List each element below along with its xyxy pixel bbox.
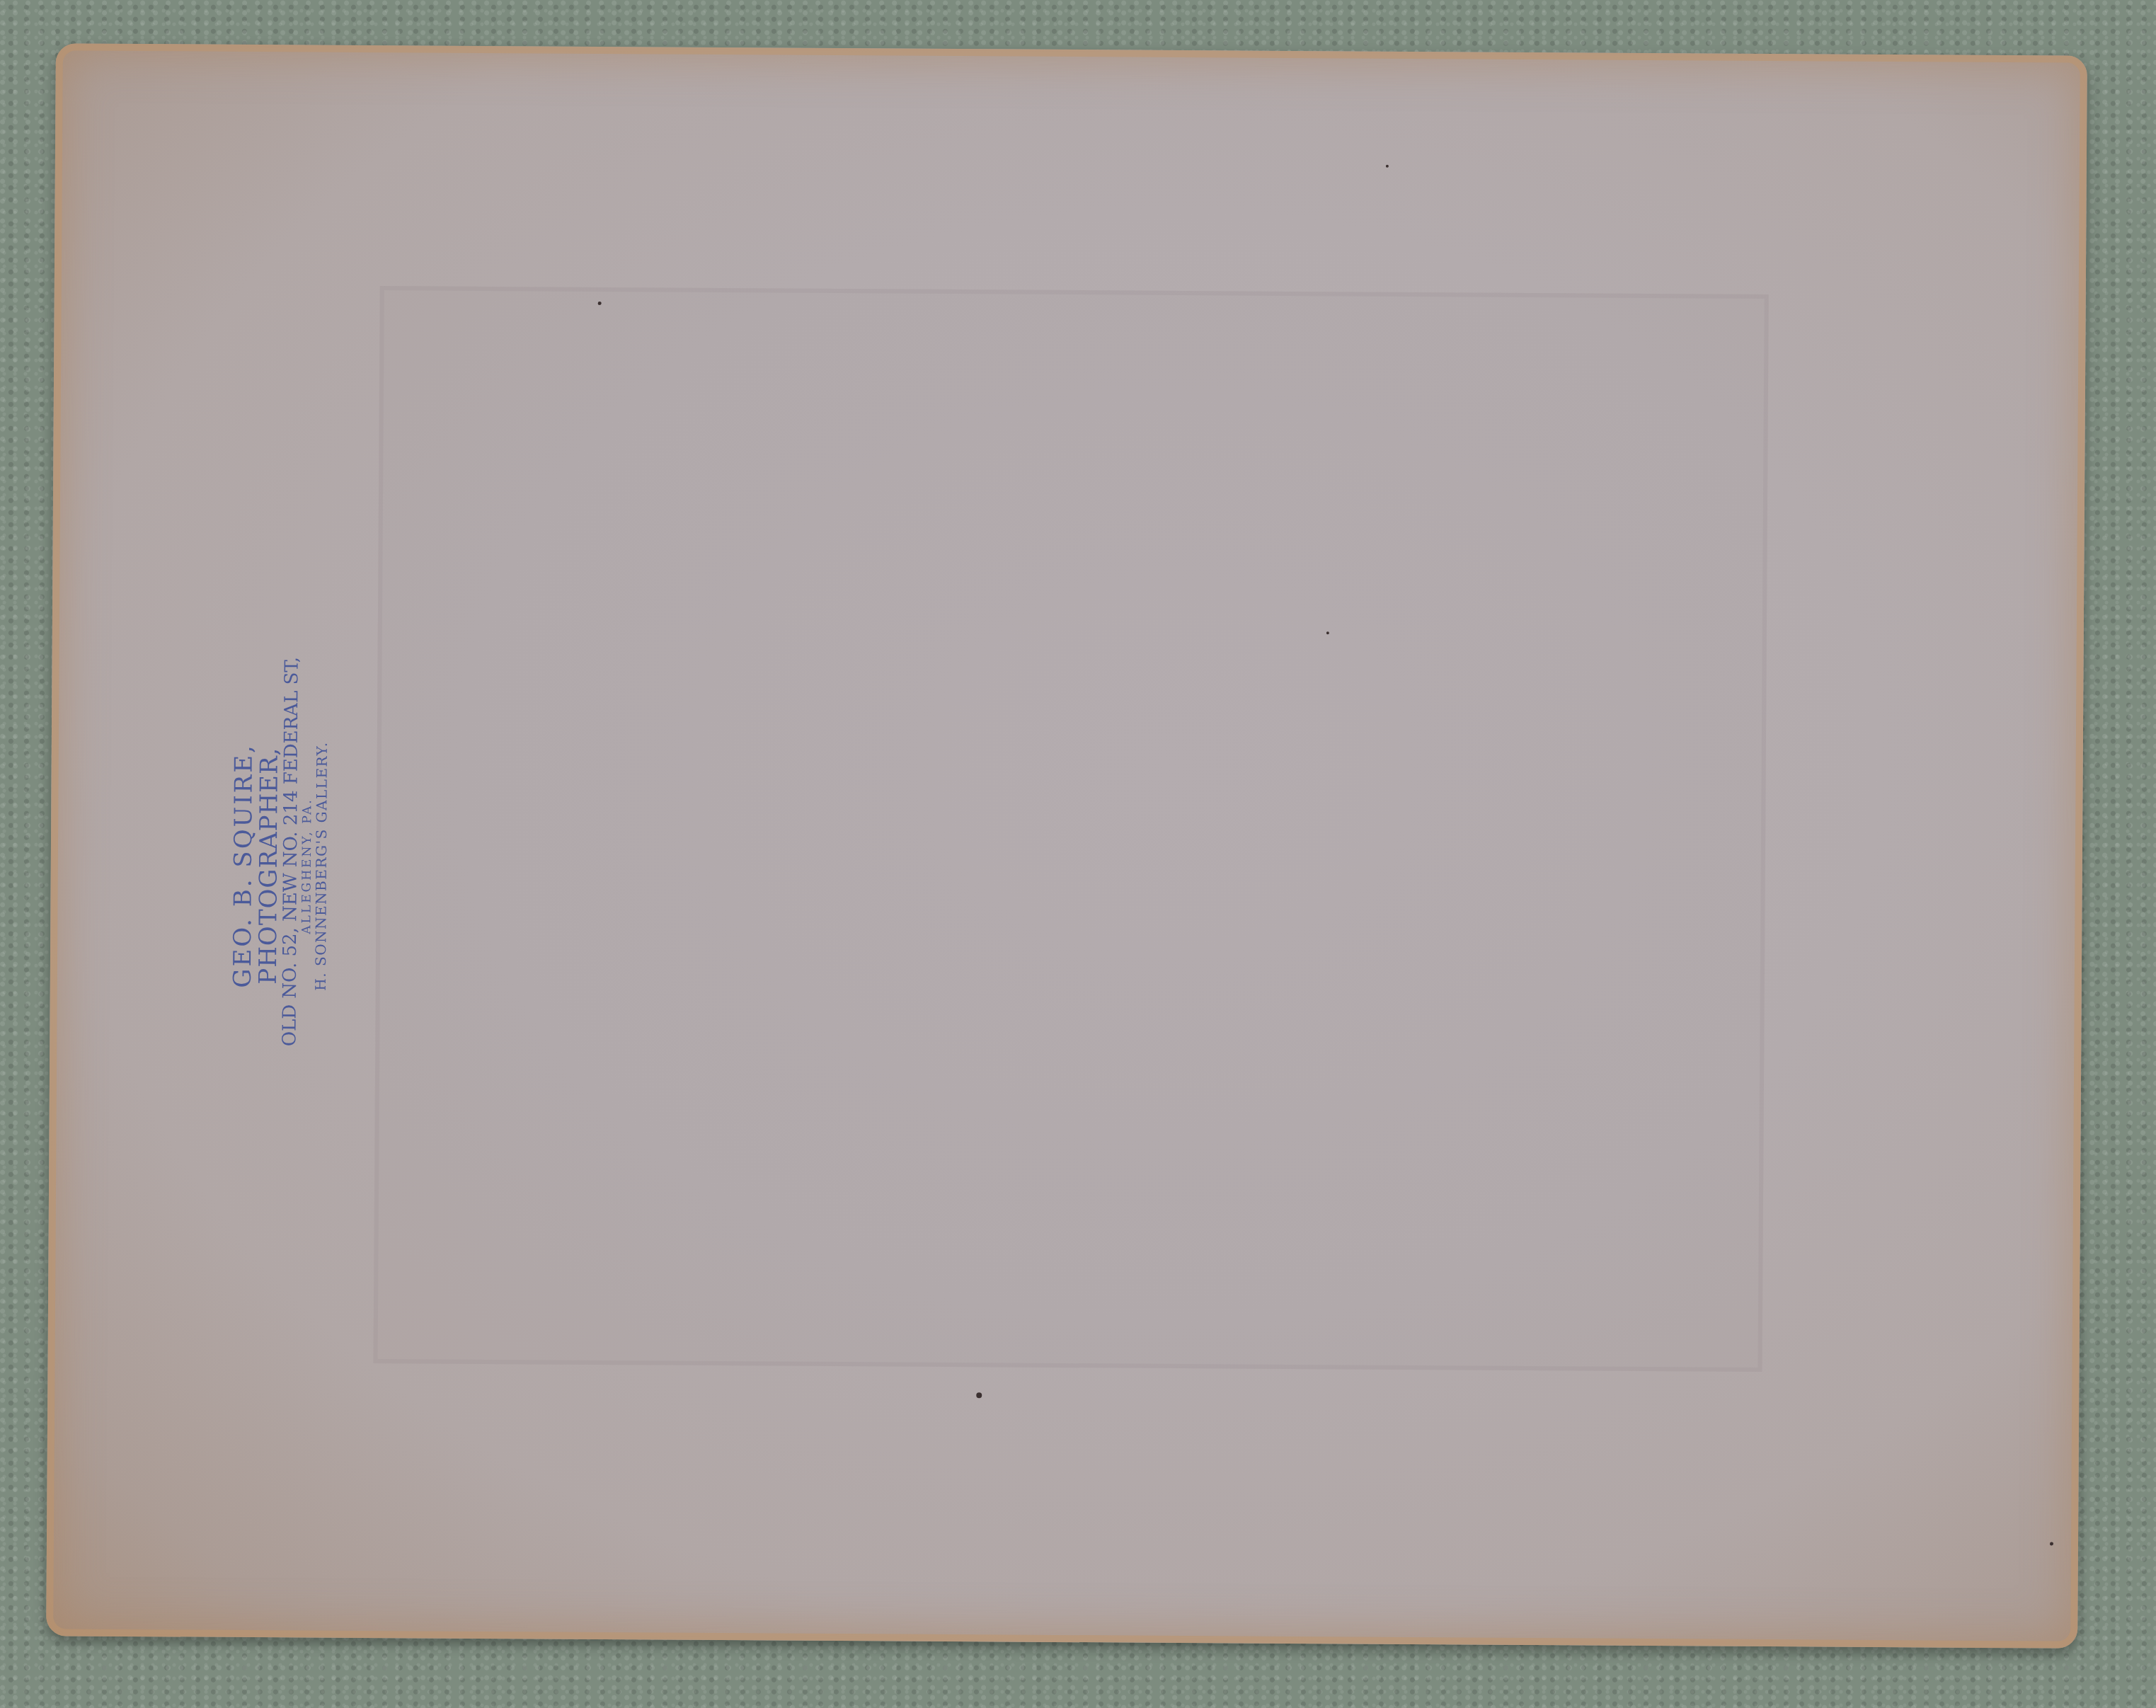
stamp-gallery: H. SONNENBERG'S GALLERY. xyxy=(313,700,330,1033)
stamp-address: OLD NO. 52, NEW NO. 214 FEDERAL ST, xyxy=(281,699,302,1046)
paper-speck xyxy=(598,302,602,305)
paper-speck xyxy=(1326,631,1329,634)
stamp-profession: PHOTOGRAPHER, xyxy=(256,699,283,1032)
paper-speck xyxy=(976,1392,982,1398)
photo-imprint-ghost xyxy=(374,286,1769,1372)
paper-speck xyxy=(2050,1542,2053,1546)
paper-speck xyxy=(1386,165,1389,168)
cabinet-card-back: GEO. B. SQUIRE, PHOTOGRAPHER, OLD NO. 52… xyxy=(46,43,2087,1648)
photographer-stamp: GEO. B. SQUIRE, PHOTOGRAPHER, OLD NO. 52… xyxy=(230,699,329,1033)
